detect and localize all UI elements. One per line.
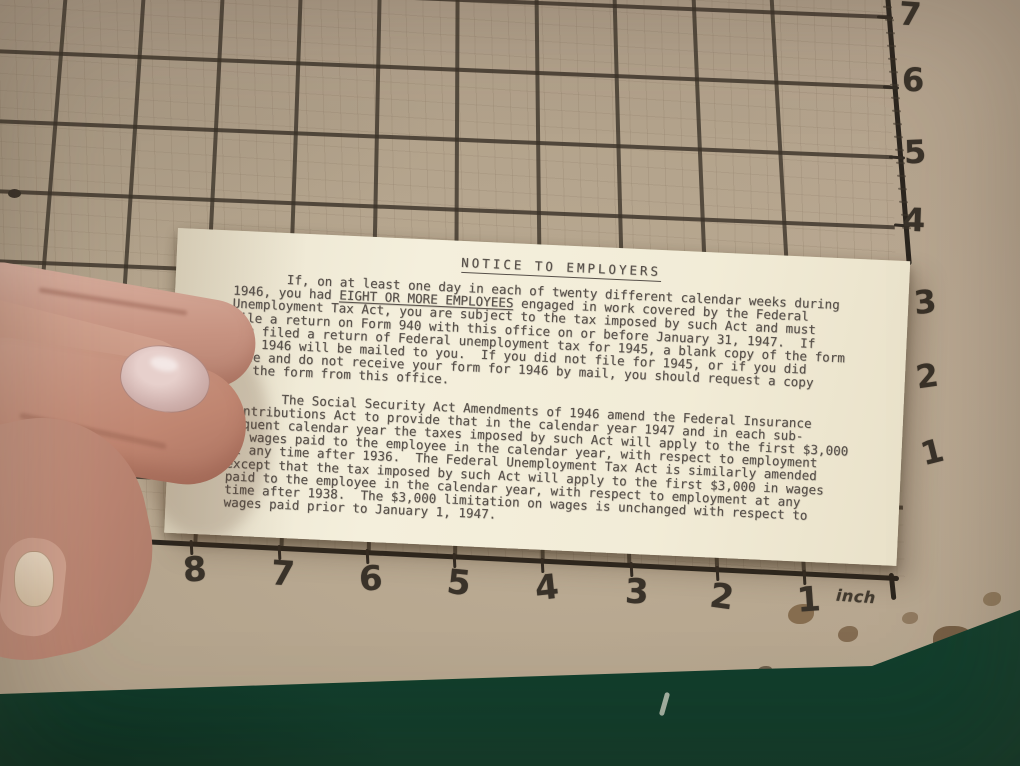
photo-scene: 9876543217654321 inch NOTICE TO EMPLOYER… (0, 0, 1020, 766)
hand (0, 0, 1020, 766)
lower-fingernail (14, 551, 54, 607)
